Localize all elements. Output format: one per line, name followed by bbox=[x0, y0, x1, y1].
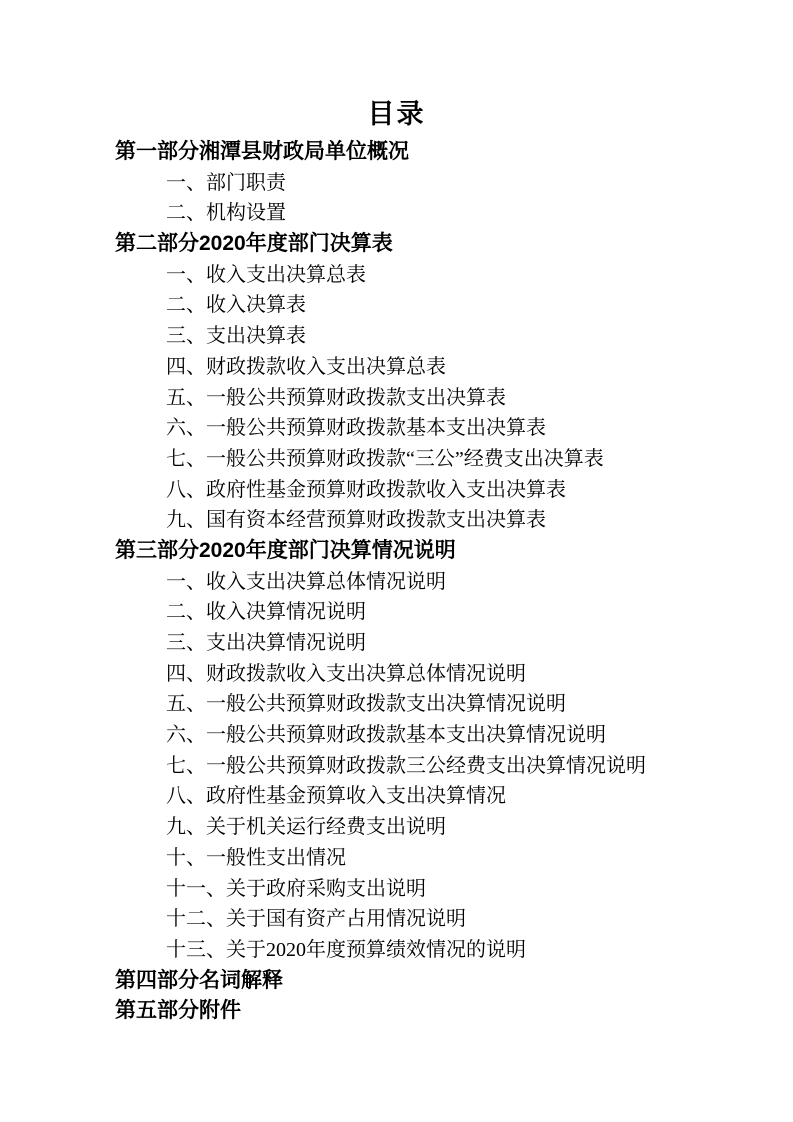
toc-item: 二、收入决算情况说明 bbox=[0, 597, 793, 628]
toc-section-heading: 第二部分2020年度部门决算表 bbox=[0, 229, 793, 260]
toc-item: 五、一般公共预算财政拨款支出决算情况说明 bbox=[0, 689, 793, 720]
toc-item: 十二、关于国有资产占用情况说明 bbox=[0, 904, 793, 935]
toc-section-heading: 第三部分2020年度部门决算情况说明 bbox=[0, 536, 793, 567]
toc-item: 十一、关于政府采购支出说明 bbox=[0, 874, 793, 905]
toc-item: 八、政府性基金预算收入支出决算情况 bbox=[0, 781, 793, 812]
toc-item: 十、一般性支出情况 bbox=[0, 843, 793, 874]
toc-item: 四、财政拨款收入支出决算总表 bbox=[0, 352, 793, 383]
page-title: 目录 bbox=[0, 97, 793, 131]
toc-item: 二、机构设置 bbox=[0, 198, 793, 229]
toc-item: 九、关于机关运行经费支出说明 bbox=[0, 812, 793, 843]
toc-item: 九、国有资本经营预算财政拨款支出决算表 bbox=[0, 505, 793, 536]
toc-section-heading: 第四部分名词解释 bbox=[0, 966, 793, 997]
toc-item: 八、政府性基金预算财政拨款收入支出决算表 bbox=[0, 475, 793, 506]
toc-item: 七、一般公共预算财政拨款“三公”经费支出决算表 bbox=[0, 444, 793, 475]
toc-item: 一、部门职责 bbox=[0, 168, 793, 199]
toc-item: 六、一般公共预算财政拨款基本支出决算表 bbox=[0, 413, 793, 444]
toc-item: 十三、关于2020年度预算绩效情况的说明 bbox=[0, 935, 793, 966]
toc-item: 七、一般公共预算财政拨款三公经费支出决算情况说明 bbox=[0, 751, 793, 782]
toc-item: 三、支出决算表 bbox=[0, 321, 793, 352]
document-page: 目录 第一部分湘潭县财政局单位概况一、部门职责二、机构设置第二部分2020年度部… bbox=[0, 0, 793, 1122]
toc-item: 五、一般公共预算财政拨款支出决算表 bbox=[0, 383, 793, 414]
toc-item: 一、收入支出决算总体情况说明 bbox=[0, 567, 793, 598]
toc-item: 一、收入支出决算总表 bbox=[0, 260, 793, 291]
toc-item: 三、支出决算情况说明 bbox=[0, 628, 793, 659]
toc-item: 二、收入决算表 bbox=[0, 290, 793, 321]
toc-item: 六、一般公共预算财政拨款基本支出决算情况说明 bbox=[0, 720, 793, 751]
toc-section-heading: 第五部分附件 bbox=[0, 996, 793, 1027]
toc-section-heading: 第一部分湘潭县财政局单位概况 bbox=[0, 137, 793, 168]
toc-item: 四、财政拨款收入支出决算总体情况说明 bbox=[0, 659, 793, 690]
toc-list: 第一部分湘潭县财政局单位概况一、部门职责二、机构设置第二部分2020年度部门决算… bbox=[0, 137, 793, 1027]
